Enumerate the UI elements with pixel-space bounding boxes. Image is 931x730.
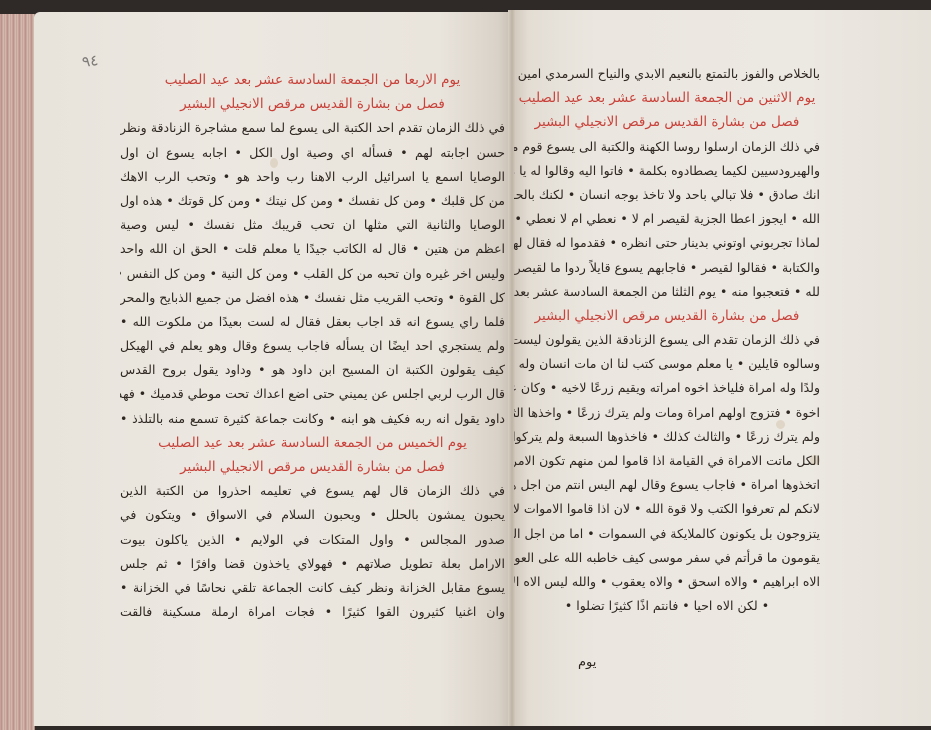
rubric-heading: فصل من بشارة القديس مرقص الانجيلي البشير xyxy=(120,92,505,116)
text-line: وليس اخر غيره وان تحبه من كل القلب • ومن… xyxy=(120,262,505,286)
page-fore-edge xyxy=(0,14,35,730)
text-line: والهيرودسيين لكيما يصطادوه بكلمة • فاتوا… xyxy=(514,159,820,183)
text-line: • لكن الاه احيا • فانتم اذًا كثيرًا تضلو… xyxy=(514,594,820,618)
text-line: في ذلك الزمان تقدم احد الكتبة الى يسوع ل… xyxy=(120,116,505,140)
text-line: اخوة • فتزوج اولهم امراة ومات ولم يترك ز… xyxy=(514,401,820,425)
text-line: الارامل بعلة تطويل صلاتهم • فهولاي ياخذو… xyxy=(120,552,505,576)
text-line: كيف يقولون الكتبة ان المسيح ابن داود هو … xyxy=(120,358,505,382)
text-line: الاه ابراهيم • والاه اسحق • والاه يعقوب … xyxy=(514,570,820,594)
text-line: صدور المجالس • واول المتكات في الولايم •… xyxy=(120,528,505,552)
text-line: الكل ماتت الامراة في القيامة اذا قاموا ل… xyxy=(514,449,820,473)
text-line: اعظم من هتين • قال له الكاتب جيدًا يا مع… xyxy=(120,237,505,261)
text-line: ولم يستجري احد ايضًا ان يسأله فاجاب يسوع… xyxy=(120,334,505,358)
text-line: فلما راي يسوع انه قد اجاب بعقل فقال له ل… xyxy=(120,310,505,334)
text-line: والكتابة • فقالوا لقيصر • فاجابهم يسوع ق… xyxy=(514,256,820,280)
text-line: كل القوة • وتحب القريب مثل نفسك • هذه اف… xyxy=(120,286,505,310)
rubric-heading: فصل من بشارة القديس مرقص الانجيلي البشير xyxy=(120,455,505,479)
text-line: في ذلك الزمان ارسلوا روسا الكهنة والكتبة… xyxy=(514,135,820,159)
text-line: يسوع مقابل الخزانة ونظر كيف كانت الجماعة… xyxy=(120,576,505,600)
right-page-text: بالخلاص والفوز بالتمتع بالنعيم الابدي وا… xyxy=(514,62,820,618)
folio-number: ٩٤ xyxy=(81,51,99,71)
text-line: ولدًا وله امراة فلياخذ اخوه امراته ويقيم… xyxy=(514,376,820,400)
left-page-text: يوم الاربعا من الجمعة السادسة عشر بعد عي… xyxy=(120,68,505,624)
text-line: وسالوه قايلين • يا معلم موسى كتب لنا ان … xyxy=(514,352,820,376)
text-line: اتخذوها امراة • فاجاب يسوع وقال لهم اليس… xyxy=(514,473,820,497)
text-line: حسن اجابته لهم • فسأله اي وصية اول الكل … xyxy=(120,141,505,165)
manuscript-spread: ٩٤ يوم الاربعا من الجمعة السادسة عشر بعد… xyxy=(0,0,931,730)
text-line: الوصايا اسمع يا اسرائيل الرب الاهنا رب و… xyxy=(120,165,505,189)
text-line: لانكم لم تعرفوا الكتب ولا قوة الله • لان… xyxy=(514,497,820,521)
text-line: لله • فتعجبوا منه • يوم الثلثا من الجمعة… xyxy=(514,280,820,304)
rubric-heading: فصل من بشارة القديس مرقص الانجيلي البشير xyxy=(514,110,820,134)
text-line: يقومون ما قرأتم في سفر موسى كيف خاطبه ال… xyxy=(514,546,820,570)
text-line: بالخلاص والفوز بالتمتع بالنعيم الابدي وا… xyxy=(514,62,820,86)
text-line: الوصايا والثانية التي مثلها ان تحب قريبك… xyxy=(120,213,505,237)
text-line: الله • ايجوز اعطا الجزية لقيصر ام لا • ن… xyxy=(514,207,820,231)
text-line: في ذلك الزمان قال لهم يسوع في تعليمه احذ… xyxy=(120,479,505,503)
text-line: يتزوجون بل يكونون كالملايكة في السموات •… xyxy=(514,522,820,546)
text-line: انك صادق • فلا تبالي باحد ولا تاخذ بوجه … xyxy=(514,183,820,207)
text-line: في ذلك الزمان تقدم الى يسوع الزنادقة الذ… xyxy=(514,328,820,352)
text-line: داود يقول انه ربه فكيف هو ابنه • وكانت ج… xyxy=(120,407,505,431)
text-line: لماذا تجربوني اوتوني بدينار حتى انظره • … xyxy=(514,231,820,255)
rubric-heading: فصل من بشارة القديس مرقص الانجيلي البشير xyxy=(514,304,820,328)
text-line: يحبون يمشون بالحلل • ويحبون السلام في ال… xyxy=(120,503,505,527)
rubric-heading: يوم الاربعا من الجمعة السادسة عشر بعد عي… xyxy=(120,68,505,92)
rubric-heading: يوم الخميس من الجمعة السادسة عشر بعد عيد… xyxy=(120,431,505,455)
text-line: من كل قلبك • ومن كل نفسك • ومن كل نيتك •… xyxy=(120,189,505,213)
rubric-heading: يوم الاثنين من الجمعة السادسة عشر بعد عي… xyxy=(514,86,820,110)
catchword: يوم xyxy=(578,655,596,670)
text-line: ولم يترك زرعًا • والثالث كذلك • فاخذوها … xyxy=(514,425,820,449)
text-line: قال الرب لربي اجلس عن يميني حتى اضع اعدا… xyxy=(120,382,505,406)
text-line: وان اغنيا كثيرون القوا كثيرًا • فجات امر… xyxy=(120,600,505,624)
